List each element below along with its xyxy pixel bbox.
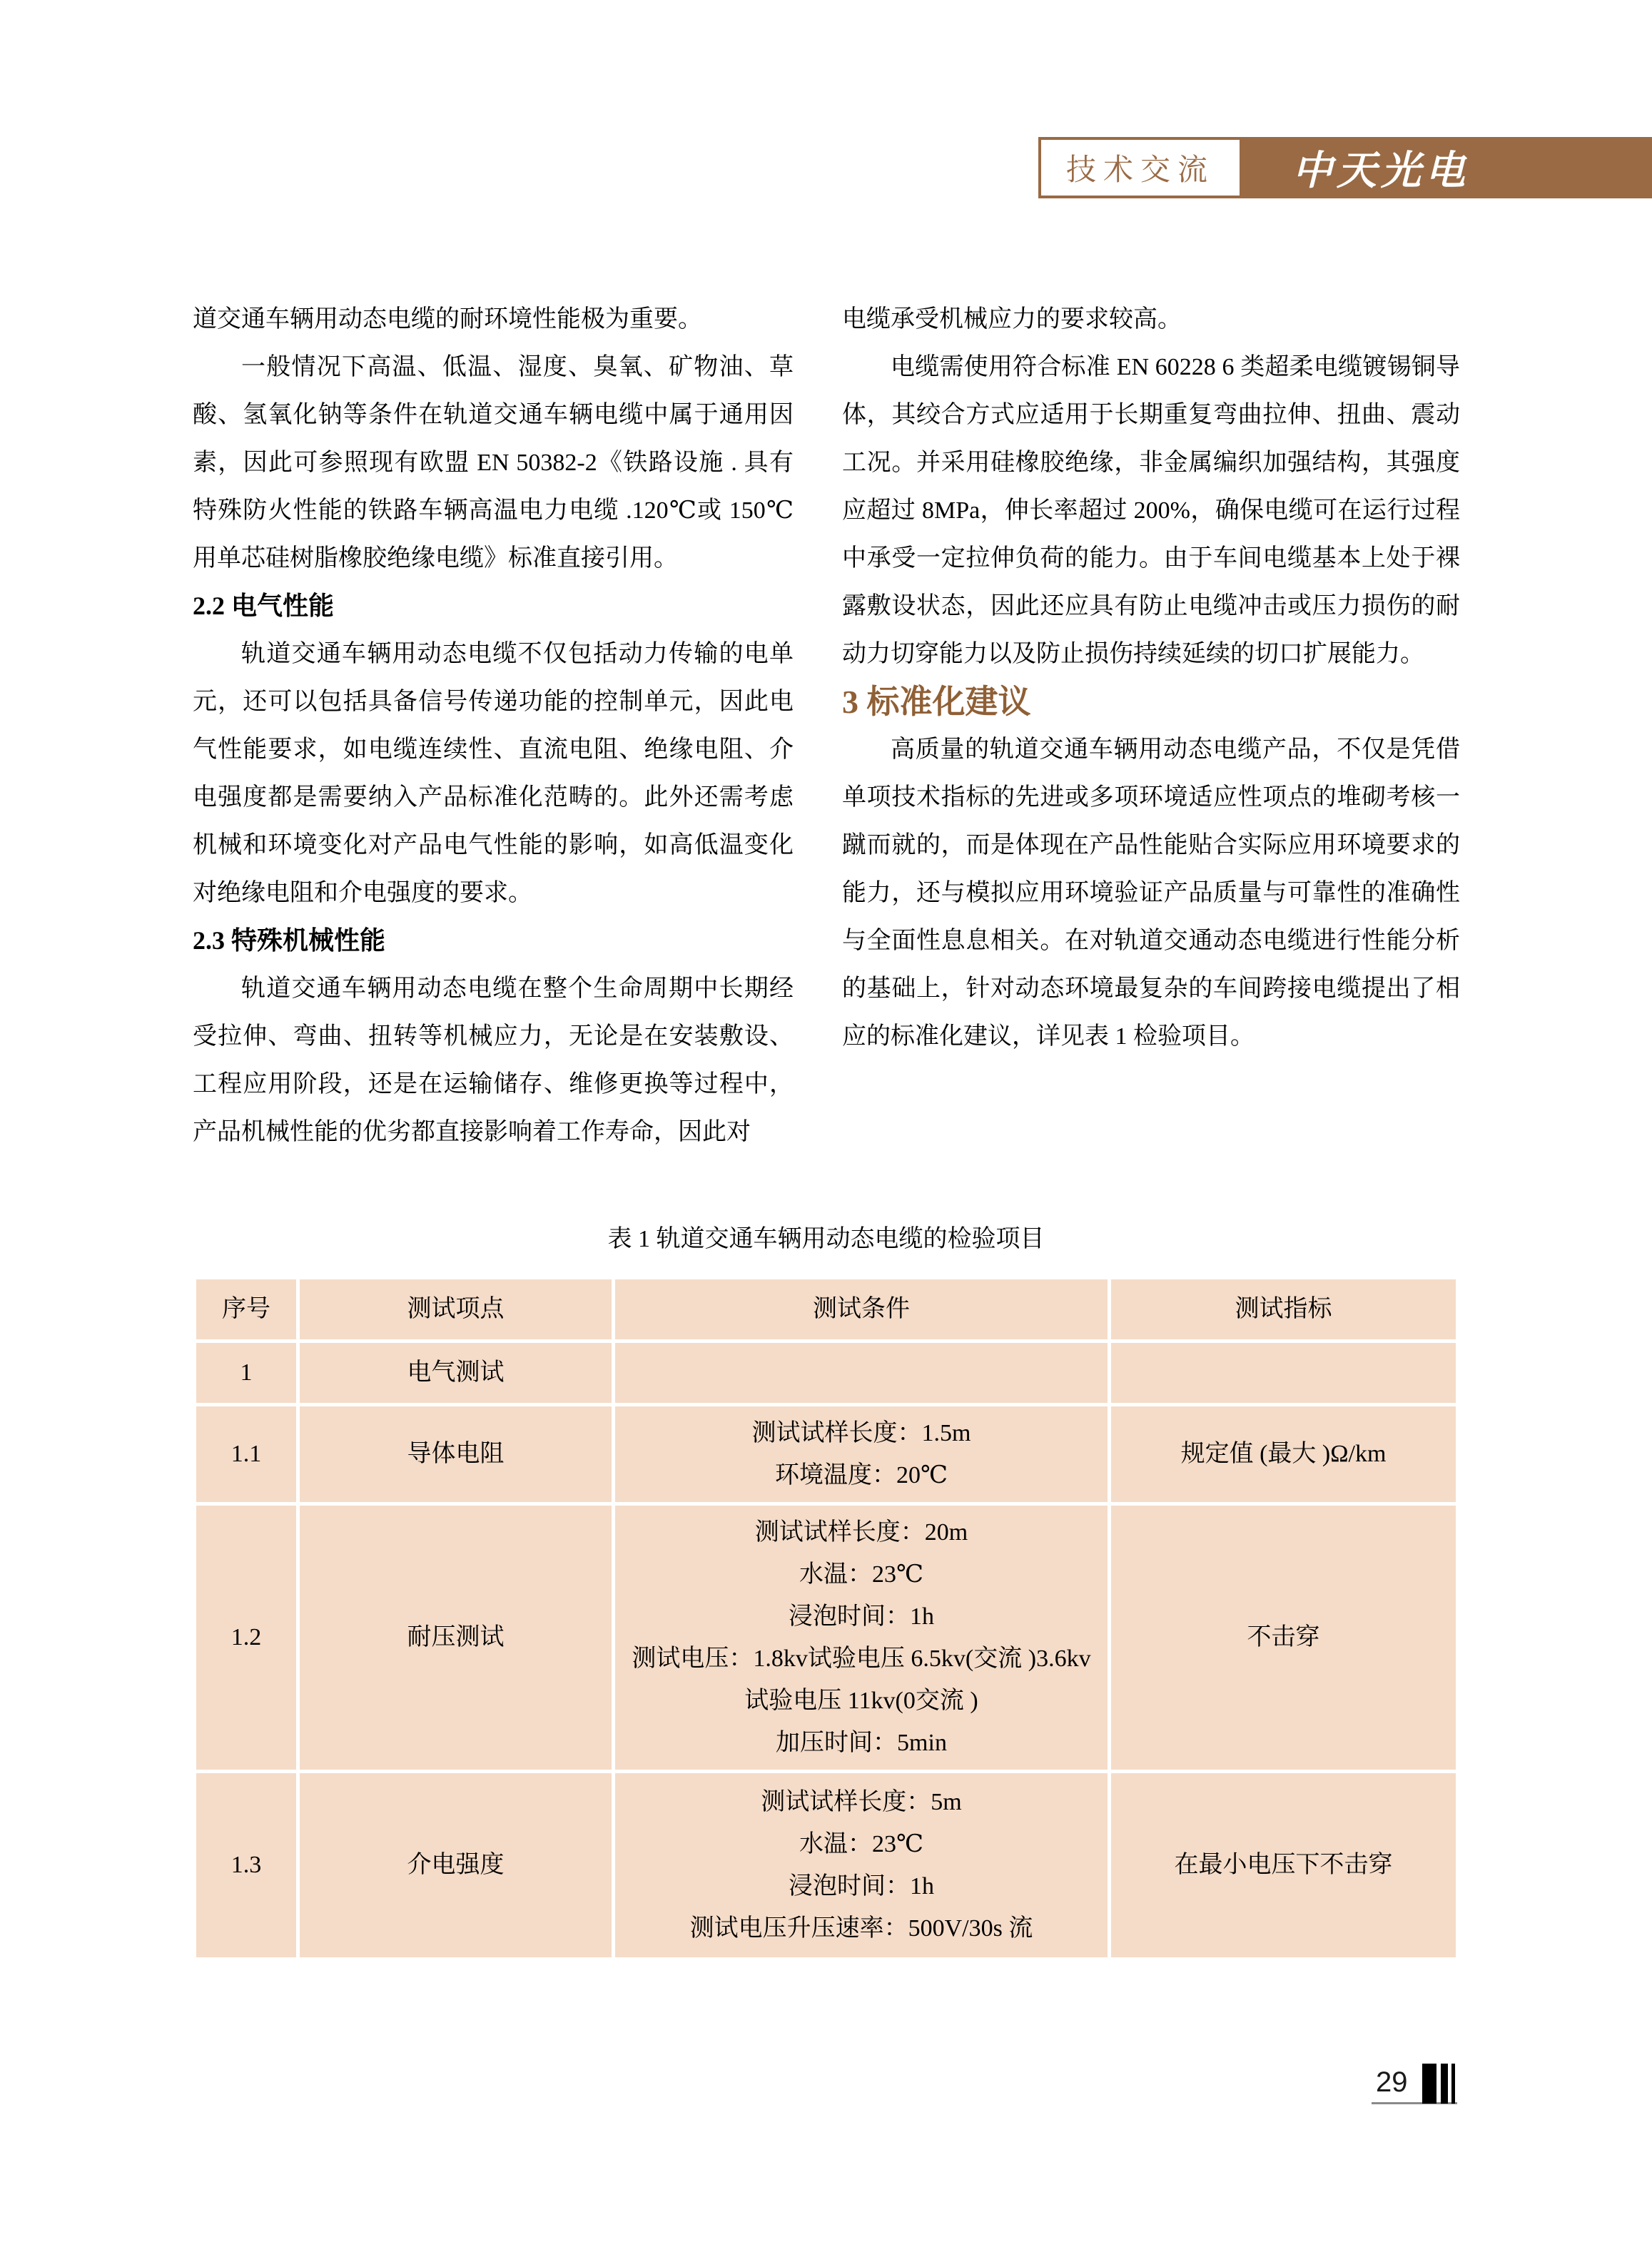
section-label: 技术交流 — [1066, 146, 1215, 189]
footer-bar-icon — [1422, 2064, 1436, 2104]
paragraph: 一般情况下高温、低温、湿度、臭氧、矿物油、草酸、氢氧化钠等条件在轨道交通车辆电缆… — [193, 343, 794, 582]
table-header-row: 序号 测试项点 测试条件 测试指标 — [196, 1279, 1456, 1339]
condition-line: 试验电压 11kv(0交流 ) — [619, 1680, 1103, 1722]
cell-condition — [615, 1343, 1108, 1403]
column-header-indicator: 测试指标 — [1111, 1279, 1456, 1339]
table-title: 表 1 轨道交通车辆用动态电缆的检验项目 — [193, 1219, 1459, 1254]
table-row: 1.2 耐压测试 测试试样长度：20m 水温：23℃ 浸泡时间：1h 测试电压：… — [196, 1506, 1456, 1770]
right-column: 电缆承受机械应力的要求较高。 电缆需使用符合标准 EN 60228 6 类超柔电… — [842, 295, 1460, 1060]
table-row: 1.1 导体电阻 测试试样长度：1.5m 环境温度：20℃ 规定值 (最大 )Ω… — [196, 1406, 1456, 1502]
paragraph: 轨道交通车辆用动态电缆不仅包括动力传输的电单元，还可以包括具备信号传递功能的控制… — [193, 630, 794, 917]
cell-condition: 测试试样长度：20m 水温：23℃ 浸泡时间：1h 测试电压：1.8kv试验电压… — [615, 1506, 1108, 1770]
condition-line: 加压时间：5min — [619, 1722, 1103, 1764]
cell-indicator: 在最小电压下不击穿 — [1111, 1773, 1456, 1957]
condition-line: 水温：23℃ — [619, 1553, 1103, 1596]
brand-logo: 中天光电 — [1277, 137, 1484, 198]
column-header-item: 测试项点 — [300, 1279, 612, 1339]
condition-line: 测试试样长度：1.5m — [619, 1412, 1103, 1454]
paragraph: 道交通车辆用动态电缆的耐环境性能极为重要。 — [193, 295, 794, 343]
cell-indicator: 不击穿 — [1111, 1506, 1456, 1770]
brand-logo-text: 中天光电 — [1292, 139, 1469, 196]
condition-line: 环境温度：20℃ — [619, 1454, 1103, 1496]
cell-no: 1 — [196, 1343, 296, 1403]
cell-item: 导体电阻 — [300, 1406, 612, 1502]
paragraph: 电缆承受机械应力的要求较高。 — [842, 295, 1460, 343]
column-header-no: 序号 — [196, 1279, 296, 1339]
cell-no: 1.2 — [196, 1506, 296, 1770]
footer-bar-icon — [1441, 2064, 1448, 2104]
condition-line: 浸泡时间：1h — [619, 1865, 1103, 1907]
cell-item: 电气测试 — [300, 1343, 612, 1403]
paragraph: 高质量的轨道交通车辆用动态电缆产品，不仅是凭借单项技术指标的先进或多项环境适应性… — [842, 726, 1460, 1060]
condition-line: 水温：23℃ — [619, 1823, 1103, 1865]
table-row: 1.3 介电强度 测试试样长度：5m 水温：23℃ 浸泡时间：1h 测试电压升压… — [196, 1773, 1456, 1957]
inspection-table: 序号 测试项点 测试条件 测试指标 1 电气测试 1.1 导体电阻 测试试样长度… — [193, 1276, 1459, 1961]
cell-indicator — [1111, 1343, 1456, 1403]
cell-indicator: 规定值 (最大 )Ω/km — [1111, 1406, 1456, 1502]
section-label-box: 技术交流 — [1038, 137, 1242, 198]
cell-item: 耐压测试 — [300, 1506, 612, 1770]
column-header-condition: 测试条件 — [615, 1279, 1108, 1339]
page-number: 29 — [1376, 2066, 1419, 2098]
condition-line: 测试电压升压速率：500V/30s 流 — [619, 1907, 1103, 1949]
cell-item: 介电强度 — [300, 1773, 612, 1957]
paragraph: 轨道交通车辆用动态电缆在整个生命周期中长期经受拉伸、弯曲、扭转等机械应力，无论是… — [193, 965, 794, 1156]
footer-bar-icon — [1451, 2064, 1455, 2104]
cell-condition: 测试试样长度：5m 水温：23℃ 浸泡时间：1h 测试电压升压速率：500V/3… — [615, 1773, 1108, 1957]
left-column: 道交通车辆用动态电缆的耐环境性能极为重要。 一般情况下高温、低温、湿度、臭氧、矿… — [193, 295, 794, 1156]
condition-line: 测试试样长度：5m — [619, 1781, 1103, 1823]
condition-line: 浸泡时间：1h — [619, 1596, 1103, 1638]
cell-no: 1.1 — [196, 1406, 296, 1502]
paragraph: 电缆需使用符合标准 EN 60228 6 类超柔电缆镀锡铜导体，其绞合方式应适用… — [842, 343, 1460, 678]
heading-2-2: 2.2 电气性能 — [193, 582, 794, 630]
cell-no: 1.3 — [196, 1773, 296, 1957]
condition-line: 测试试样长度：20m — [619, 1511, 1103, 1553]
heading-2-3: 2.3 特殊机械性能 — [193, 917, 794, 965]
condition-line: 测试电压：1.8kv试验电压 6.5kv(交流 )3.6kv — [619, 1638, 1103, 1680]
cell-condition: 测试试样长度：1.5m 环境温度：20℃ — [615, 1406, 1108, 1502]
table-row: 1 电气测试 — [196, 1343, 1456, 1403]
heading-3: 3 标准化建议 — [842, 678, 1460, 726]
